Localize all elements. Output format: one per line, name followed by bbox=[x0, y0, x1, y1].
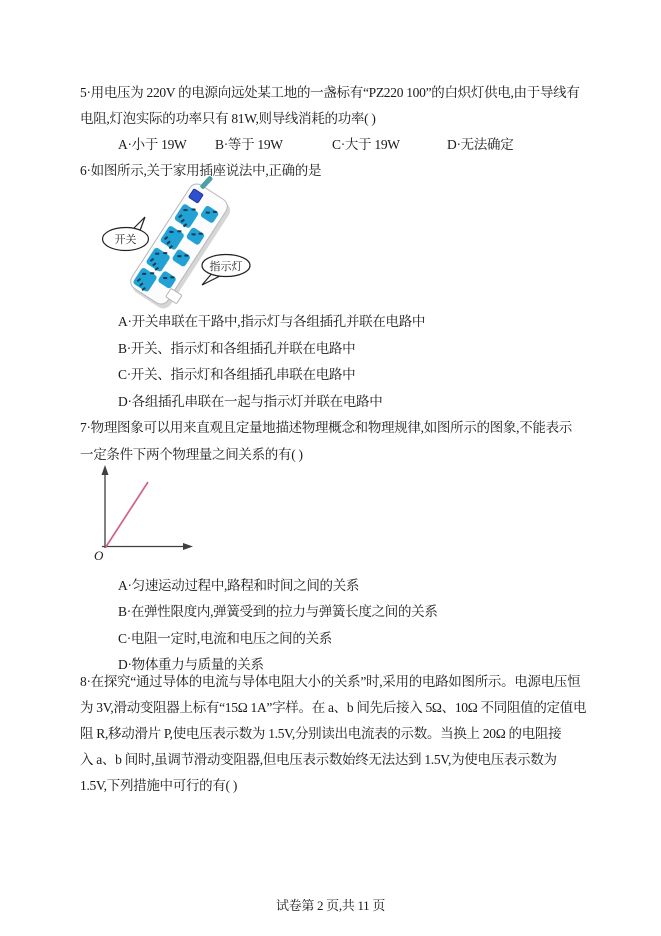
question-8-stem-line-4: 入 a、b 间时,虽调节滑动变阻器,但电压表示数始终无法达到 1.5V,为使电压… bbox=[80, 747, 590, 773]
y-axis-arrow bbox=[102, 465, 109, 475]
socket-2hole bbox=[186, 227, 206, 246]
question-6-option-b: B·开关、指示灯和各组插孔并联在电路中 bbox=[80, 336, 590, 363]
question-7-stem: 7·物理图象可以用来直观且定量地描述物理概念和物理规律,如图所示的图象,不能表示… bbox=[80, 414, 590, 468]
question-8-stem-line-2: 为 3V,滑动变阻器上标有“15Ω 1A”字样。在 a、b 间先后接入 5Ω、1… bbox=[80, 695, 590, 721]
question-5-stem: 5·用电压为 220V 的电源向远处某工地的一盏标有“PZ220 100”的白炽… bbox=[80, 80, 590, 132]
graph-canvas: O bbox=[85, 462, 225, 564]
question-5-options: A·小于 19W B·等于 19W C·大于 19W D·无法确定 bbox=[80, 132, 600, 158]
question-7-option-b: B·在弹性限度内,弹簧受到的拉力与弹簧长度之间的关系 bbox=[80, 599, 590, 625]
question-7-option-c: C·电阻一定时,电流和电压之间的关系 bbox=[80, 626, 590, 652]
data-line bbox=[106, 482, 149, 548]
question-6-option-c: C·开关、指示灯和各组插孔串联在电路中 bbox=[80, 362, 590, 389]
indicator-tab bbox=[165, 288, 183, 305]
question-8-stem-line-3: 阻 R,移动滑片 P,使电压表示数为 1.5V,分别读出电流表的示数。当换上 2… bbox=[80, 721, 590, 747]
socket-5hole bbox=[160, 225, 185, 251]
question-7-option-a: A·匀速运动过程中,路程和时间之间的关系 bbox=[80, 573, 590, 599]
question-5-option-d: D·无法确定 bbox=[447, 132, 513, 158]
question-6-option-d: D·各组插孔串联在一起与指示灯并联在电路中 bbox=[80, 389, 590, 416]
question-7-stem-line-1: 7·物理图象可以用来直观且定量地描述物理概念和物理规律,如图所示的图象,不能表示 bbox=[80, 414, 590, 441]
proportional-line-graph: O bbox=[85, 462, 225, 564]
socket-2hole bbox=[157, 270, 177, 289]
page-number-footer: 试卷第 2 页,共 11 页 bbox=[0, 893, 661, 919]
indicator-callout-label: 指示灯 bbox=[202, 255, 250, 276]
question-6-options: A·开关串联在干路中,指示灯与各组插孔并联在电路中 B·开关、指示灯和各组插孔并… bbox=[80, 309, 590, 415]
exam-paper-page: 5·用电压为 220V 的电源向远处某工地的一盏标有“PZ220 100”的白炽… bbox=[0, 0, 661, 936]
question-5-stem-line-2: 电阻,灯泡实际的功率只有 81W,则导线消耗的功率( ) bbox=[80, 106, 590, 132]
strip-switch bbox=[188, 188, 204, 204]
question-8-stem-line-5: 1.5V,下列措施中可行的有( ) bbox=[80, 773, 590, 799]
x-axis-arrow bbox=[183, 543, 193, 550]
question-6-stem: 6·如图所示,关于家用插座说法中,正确的是 bbox=[80, 158, 590, 184]
switch-callout-label: 开关 bbox=[103, 228, 148, 250]
question-6-option-a: A·开关串联在干路中,指示灯与各组插孔并联在电路中 bbox=[80, 309, 590, 336]
question-7-options: A·匀速运动过程中,路程和时间之间的关系 B·在弹性限度内,弹簧受到的拉力与弹簧… bbox=[80, 573, 590, 678]
question-5-option-a: A·小于 19W bbox=[118, 132, 186, 158]
origin-label: O bbox=[94, 548, 104, 563]
socket-5hole bbox=[145, 247, 170, 273]
question-5-option-b: B·等于 19W bbox=[215, 132, 283, 158]
socket-5hole bbox=[174, 203, 199, 229]
socket-2hole bbox=[171, 248, 191, 267]
question-5-stem-line-1: 5·用电压为 220V 的电源向远处某工地的一盏标有“PZ220 100”的白炽… bbox=[80, 80, 590, 106]
question-5-option-c: C·大于 19W bbox=[332, 132, 400, 158]
question-8-stem-line-1: 8·在探究“通过导体的电流与导体电阻大小的关系”时,采用的电路如图所示。电源电压… bbox=[80, 669, 590, 695]
socket-2hole bbox=[200, 205, 220, 224]
power-strip-figure: 开关 指示灯 bbox=[85, 183, 305, 315]
question-8-stem: 8·在探究“通过导体的电流与导体电阻大小的关系”时,采用的电路如图所示。电源电压… bbox=[80, 669, 590, 799]
socket-5hole bbox=[132, 267, 157, 293]
